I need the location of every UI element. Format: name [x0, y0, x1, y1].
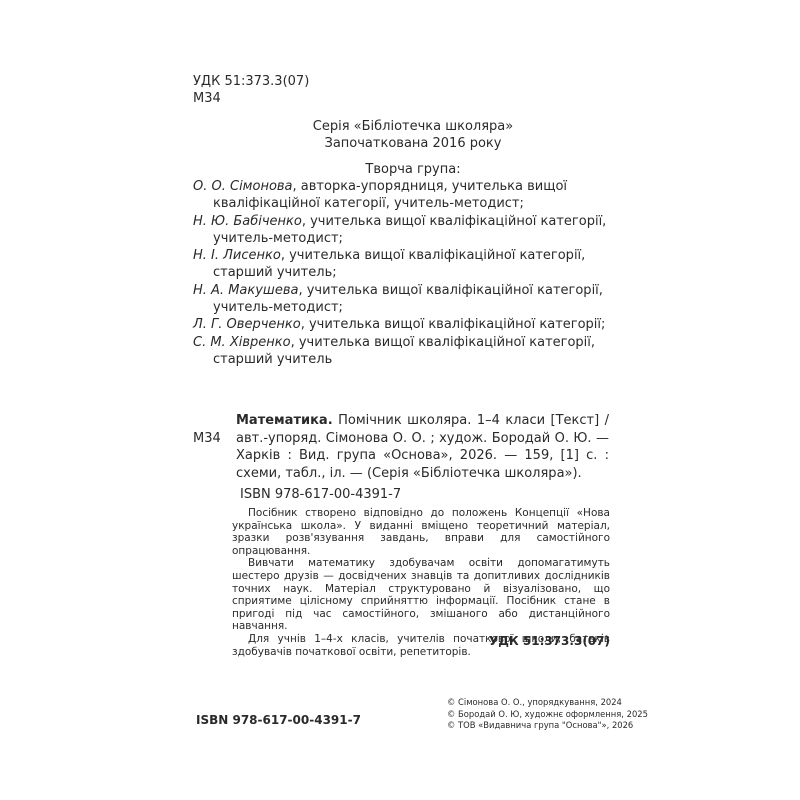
- copyright-line: © Бородай О. Ю, художнє оформлення, 2025: [447, 709, 648, 721]
- book-title: Математика.: [236, 413, 333, 428]
- author-name: Н. А. Макушева: [193, 283, 298, 298]
- bibliographic-description: Математика. Помічник школяра. 1–4 класи …: [236, 412, 609, 482]
- isbn-footer: ISBN 978-617-00-4391-7: [196, 713, 361, 727]
- author-entry: Л. Г. Оверченко, учителька вищої кваліфі…: [193, 316, 613, 333]
- udk-header: УДК 51:373.3(07) М34: [193, 73, 309, 107]
- author-name: О. О. Сімонова: [193, 179, 293, 194]
- bibliographic-code: М34: [193, 430, 221, 448]
- creative-group-list: О. О. Сімонова, авторка-упорядниця, учит…: [193, 178, 613, 368]
- series-name: Серія «Бібліотечка школяра»: [193, 118, 633, 135]
- author-name: Н. І. Лисенко: [193, 248, 281, 263]
- copyright-line: © ТОВ «Видавнича група "Основа"», 2026: [447, 720, 648, 732]
- author-code: М34: [193, 90, 309, 107]
- bibliographic-record: М34 Математика. Помічник школяра. 1–4 кл…: [193, 412, 609, 504]
- annotation-paragraph: Вивчати математику здобувачам освіти доп…: [232, 557, 610, 633]
- author-entry: С. М. Хівренко, учителька вищої кваліфік…: [193, 334, 613, 369]
- author-entry: Н. А. Макушева, учителька вищої кваліфік…: [193, 282, 613, 317]
- author-entry: О. О. Сімонова, авторка-упорядниця, учит…: [193, 178, 613, 213]
- author-entry: Н. Ю. Бабіченко, учителька вищої кваліфі…: [193, 213, 613, 248]
- author-name: С. М. Хівренко: [193, 335, 291, 350]
- series-info: Серія «Бібліотечка школяра» Започаткован…: [193, 118, 633, 152]
- udk-footer: УДК 51:373.3(07): [489, 634, 610, 648]
- copyright-block: © Сімонова О. О., упорядкування, 2024 © …: [447, 697, 648, 732]
- author-entry: Н. І. Лисенко, учителька вищої кваліфіка…: [193, 247, 613, 282]
- author-name: Л. Г. Оверченко: [193, 317, 301, 332]
- copyright-line: © Сімонова О. О., упорядкування, 2024: [447, 697, 648, 709]
- creative-group-title: Творча група:: [193, 161, 633, 178]
- author-name: Н. Ю. Бабіченко: [193, 214, 302, 229]
- udk-code: УДК 51:373.3(07): [193, 73, 309, 90]
- author-role: , учителька вищої кваліфікаційної катего…: [301, 317, 606, 332]
- bibliographic-isbn: ISBN 978-617-00-4391-7: [240, 486, 609, 504]
- series-founded: Започаткована 2016 року: [193, 135, 633, 152]
- annotation-paragraph: Посібник створено відповідно до положень…: [232, 507, 610, 557]
